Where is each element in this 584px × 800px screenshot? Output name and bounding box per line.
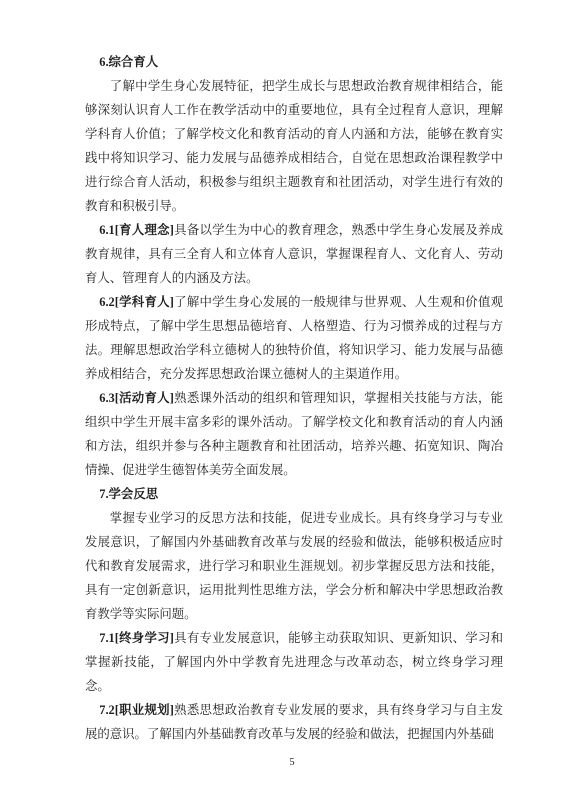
paragraph-7-1: 7.1[终身学习]具有专业发展意识，能够主动获取知识、更新知识、学习和掌握新技能… xyxy=(85,626,503,698)
page-number: 5 xyxy=(0,757,584,768)
paragraph-7-2: 7.2[职业规划]熟悉思想政治教育专业发展的要求，具有终身学习与自主发展的意识。… xyxy=(85,698,503,746)
document-content: 6.综合育人 了解中学生身心发展特征，把学生成长与思想政治教育规律相结合，能够深… xyxy=(85,50,503,746)
paragraph-6-3: 6.3[活动育人]熟悉课外活动的组织和管理知识，掌握相关技能与方法，能组织中学生… xyxy=(85,386,503,482)
paragraph-text: 掌握专业学习的反思方法和技能，促进专业成长。具有终身学习与专业发展意识，了解国内… xyxy=(85,511,503,621)
paragraph-7-intro: 掌握专业学习的反思方法和技能，促进专业成长。具有终身学习与专业发展意识，了解国内… xyxy=(85,506,503,626)
paragraph-6-2: 6.2[学科育人]了解中学生身心发展的一般规律与世界观、人生观和价值观形成特点，… xyxy=(85,290,503,386)
paragraph-label: 6.2[学科育人] xyxy=(99,295,174,309)
document-page: 6.综合育人 了解中学生身心发展特征，把学生成长与思想政治教育规律相结合，能够深… xyxy=(0,0,584,800)
paragraph-6-1: 6.1[育人理念]具备以学生为中心的教育理念，熟悉中学生身心发展及养成教育规律，… xyxy=(85,218,503,290)
section-heading-6: 6.综合育人 xyxy=(85,50,503,74)
paragraph-label: 7.2[职业规划] xyxy=(99,703,174,717)
section-heading-7: 7.学会反思 xyxy=(85,482,503,506)
paragraph-6-intro: 了解中学生身心发展特征，把学生成长与思想政治教育规律相结合，能够深刻认识育人工作… xyxy=(85,74,503,218)
paragraph-label: 7.1[终身学习] xyxy=(99,631,174,645)
paragraph-label: 6.1[育人理念] xyxy=(99,223,174,237)
paragraph-text: 了解中学生身心发展特征，把学生成长与思想政治教育规律相结合，能够深刻认识育人工作… xyxy=(85,79,503,213)
paragraph-label: 6.3[活动育人] xyxy=(99,391,174,405)
